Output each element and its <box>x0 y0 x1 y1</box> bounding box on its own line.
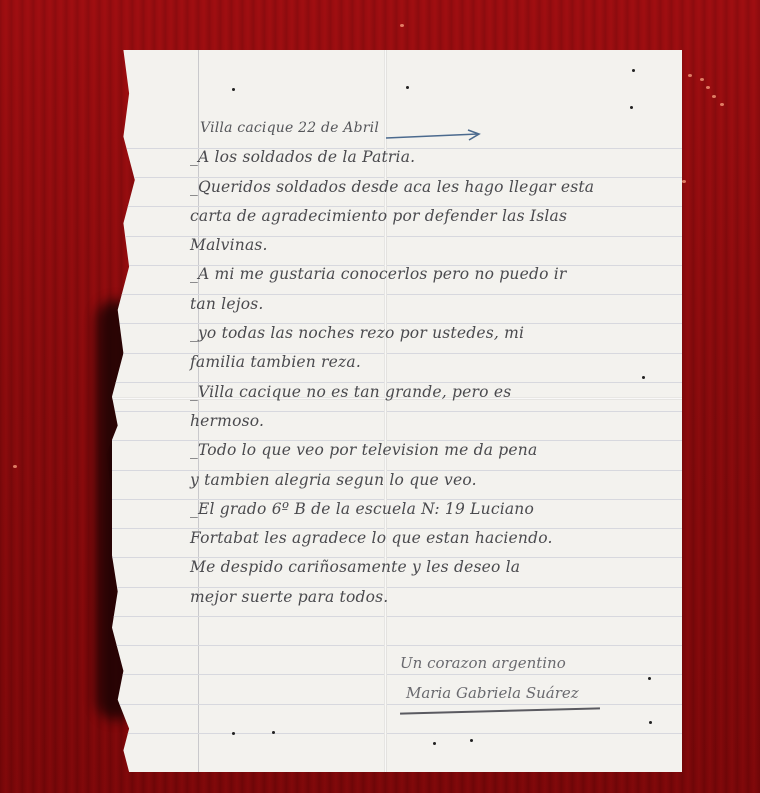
letter-line: Malvinas. <box>190 231 670 260</box>
punch-dot <box>630 106 633 109</box>
letter-line: carta de agradecimiento por defender las… <box>190 202 670 231</box>
letter-line: Fortabat les agradece lo que estan hacie… <box>190 524 670 553</box>
light-speck <box>700 78 704 81</box>
letter-line: tan lejos. <box>190 290 670 319</box>
punch-dot <box>470 739 473 742</box>
punch-dot <box>433 742 436 745</box>
light-speck <box>712 95 716 98</box>
letter-closing: Un corazon argentino <box>400 648 660 678</box>
punch-dot <box>632 69 635 72</box>
letter-line: _A mi me gustaria conocerlos pero no pue… <box>190 260 670 289</box>
letter-signature: Maria Gabriela Suárez <box>400 678 660 708</box>
letter-line: _Villa cacique no es tan grande, pero es <box>190 378 670 407</box>
signature-underline <box>400 707 600 714</box>
punch-dot <box>649 721 652 724</box>
letter-body: Villa cacique 22 de Abril _A los soldado… <box>190 114 670 612</box>
letter-line: hermoso. <box>190 407 670 436</box>
ruled-line <box>112 733 682 734</box>
ruled-line <box>112 616 682 617</box>
punch-dot <box>406 86 409 89</box>
light-speck <box>706 86 710 89</box>
light-speck <box>682 180 686 183</box>
light-speck <box>720 103 724 106</box>
letter-line: _Queridos soldados desde aca les hago ll… <box>190 173 670 202</box>
punch-dot <box>272 731 275 734</box>
letter-line: y tambien alegria segun lo que veo. <box>190 466 670 495</box>
punch-dot <box>648 677 651 680</box>
letter-line: _Todo lo que veo por television me da pe… <box>190 436 670 465</box>
letter-line: Me despido cariñosamente y les deseo la <box>190 553 670 582</box>
light-speck <box>688 74 692 77</box>
letter-line: mejor suerte para todos. <box>190 583 670 612</box>
punch-dot <box>642 376 645 379</box>
letter-salutation: _A los soldados de la Patria. <box>190 143 670 172</box>
letter-paper: Villa cacique 22 de Abril _A los soldado… <box>112 50 682 772</box>
letter-line: _yo todas las noches rezo por ustedes, m… <box>190 319 670 348</box>
light-speck <box>13 465 17 468</box>
light-speck <box>400 24 404 27</box>
punch-dot <box>232 732 235 735</box>
letter-heading: Villa cacique 22 de Abril <box>190 114 670 143</box>
punch-dot <box>232 88 235 91</box>
letter-line: _El grado 6º B de la escuela N: 19 Lucia… <box>190 495 670 524</box>
letter-signature-block: Un corazon argentino Maria Gabriela Suár… <box>400 648 660 708</box>
letter-line: familia tambien reza. <box>190 348 670 377</box>
ruled-line <box>112 645 682 646</box>
